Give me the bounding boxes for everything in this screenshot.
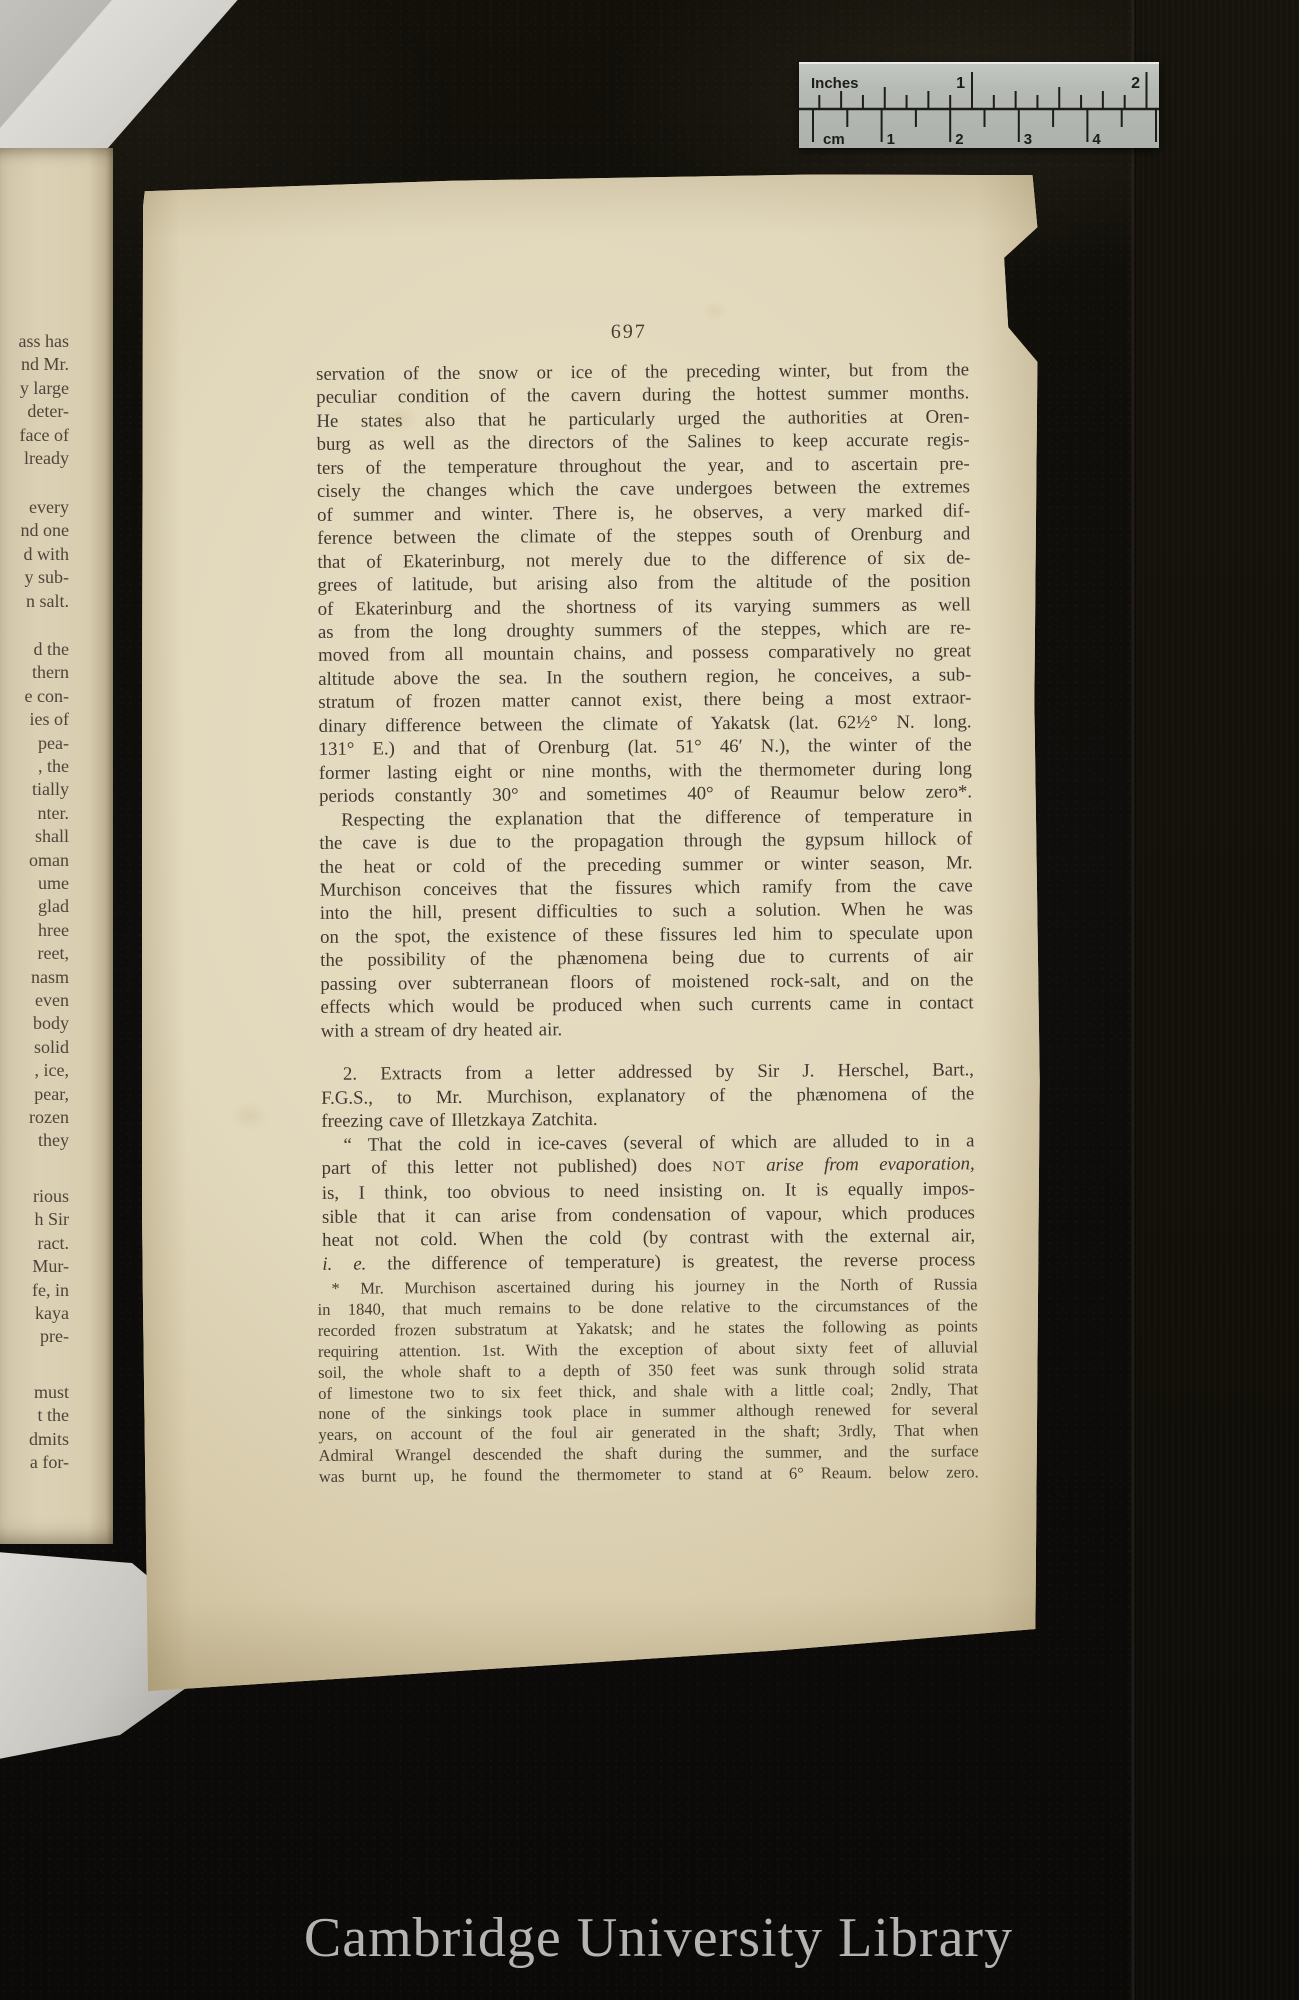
measurement-ruler: Inches12cm1234: [799, 62, 1159, 148]
facing-page-text-line: , ice,: [35, 1059, 69, 1082]
facing-page-text-line: pre-: [40, 1325, 69, 1348]
facing-page-text-line: nd Mr.: [21, 353, 69, 376]
facing-page-text-line: t the: [38, 1404, 70, 1427]
facing-page-text-line: a for-: [30, 1451, 69, 1474]
facing-page-text-line: d the: [34, 638, 70, 661]
ruler-scale-marks: Inches12cm1234: [799, 64, 1159, 148]
text-line: i. e. the difference of temperature) is …: [322, 1248, 975, 1276]
facing-page-text-line: glad: [38, 895, 69, 918]
facing-page-text-line: h Sir: [34, 1208, 69, 1231]
facing-page-text-line: e con-: [25, 685, 69, 708]
svg-text:2: 2: [1131, 75, 1140, 92]
facing-page-text-line: they: [38, 1129, 69, 1152]
photo-scene: ass hasnd Mr.y largedeter-face oflreadye…: [0, 0, 1299, 2000]
facing-page-text-line: reet,: [38, 942, 69, 965]
facing-page-text-line: fe, in: [32, 1279, 69, 1302]
facing-page-text-line: tially: [32, 778, 69, 801]
facing-page-text-line: kaya: [35, 1302, 69, 1325]
text-line: effects which would be produced when suc…: [320, 992, 973, 1020]
library-watermark: Cambridge University Library: [0, 1906, 1299, 1970]
page-footnote: * Mr. Murchison ascertained during his j…: [317, 1274, 978, 1488]
svg-text:Inches: Inches: [811, 75, 859, 92]
facing-page-text-line: every: [29, 496, 69, 519]
facing-page-text-line: Mur-: [32, 1255, 69, 1278]
facing-page-text-line: thern: [32, 661, 69, 684]
svg-text:3: 3: [1024, 131, 1032, 148]
facing-page-text-line: lready: [24, 447, 69, 470]
facing-page-text-line: even: [35, 989, 69, 1012]
facing-page-text-line: rious: [33, 1185, 69, 1208]
text-line: with a stream of dry heated air.: [321, 1015, 974, 1043]
facing-page-text-line: y sub-: [25, 566, 70, 589]
facing-page-edge: ass hasnd Mr.y largedeter-face oflreadye…: [0, 148, 113, 1544]
facing-page-text-line: oman: [29, 849, 69, 872]
svg-text:1: 1: [887, 131, 895, 148]
facing-page-text-line: body: [33, 1012, 69, 1035]
facing-page-text-line: ies of: [30, 708, 70, 731]
facing-page-text-line: rozen: [29, 1106, 69, 1129]
velvet-seam: [1130, 0, 1137, 2000]
svg-text:cm: cm: [823, 131, 845, 148]
svg-text:1: 1: [956, 75, 965, 92]
facing-page-text-line: face of: [20, 424, 69, 447]
footnote-line: was burnt up, he found the thermometer t…: [319, 1462, 979, 1488]
facing-page-text-line: d with: [23, 543, 69, 566]
facing-page-text-line: y large: [20, 377, 69, 400]
facing-page-text-line: must: [34, 1381, 69, 1404]
book-page: 697 servation of the snow or ice of the …: [135, 173, 1051, 1691]
facing-page-text-line: , the: [38, 755, 69, 778]
facing-page-text-line: solid: [34, 1036, 69, 1059]
facing-page-text-line: nter.: [38, 802, 70, 825]
facing-page-text-line: deter-: [27, 400, 69, 423]
page-body-text: servation of the snow or ice of the prec…: [316, 358, 975, 1276]
facing-page-text-line: nasm: [31, 966, 69, 989]
svg-text:2: 2: [955, 131, 963, 148]
facing-page-text-line: hree: [38, 919, 69, 942]
text-line: F.G.S., to Mr. Murchison, explanatory of…: [321, 1082, 974, 1110]
facing-page-text-line: pea-: [38, 732, 69, 755]
facing-page-text-line: ume: [38, 872, 69, 895]
facing-page-text-line: ass has: [19, 330, 70, 353]
facing-page-text-line: pear,: [34, 1083, 69, 1106]
page-number: 697: [579, 320, 679, 344]
facing-page-text-line: shall: [35, 825, 69, 848]
facing-page-text-line: n salt.: [26, 590, 69, 613]
facing-page-text-line: nd one: [21, 519, 70, 542]
velvet-right-panel: [1136, 0, 1299, 2000]
svg-text:4: 4: [1092, 131, 1101, 148]
facing-page-text-line: ract.: [38, 1232, 69, 1255]
facing-page-text-line: dmits: [29, 1428, 69, 1451]
